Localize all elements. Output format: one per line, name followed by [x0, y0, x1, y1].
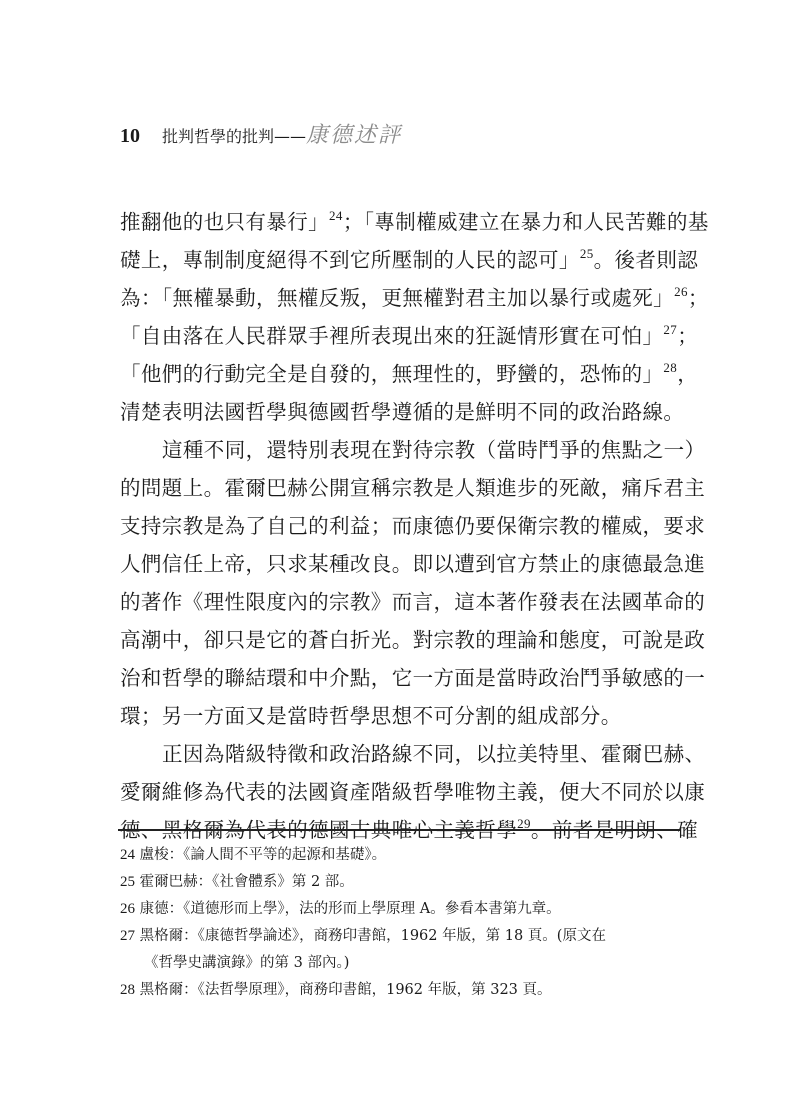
- paragraph-start: 正因為階級特徵和政治路線不同，以拉美特里、霍爾巴赫、: [120, 735, 682, 773]
- body-text: 推翻他的也只有暴行」24；「專制權威建立在暴力和人民苦難的基 礎上，專制制度絕得…: [120, 203, 682, 849]
- footnote-27-continued: 《哲學史講演錄》的第 3 部內。): [120, 950, 682, 977]
- footnote-27: 27 黑格爾：《康德哲學論述》，商務印書館，1962 年版，第 18 頁。(原文…: [120, 923, 682, 950]
- text-line: 人們信任上帝，只求某種改良。即以遭到官方禁止的康德最急進: [120, 545, 682, 583]
- text-line: 環；另一方面又是當時哲學思想不可分割的組成部分。: [120, 697, 682, 735]
- footnote-ref[interactable]: 25: [580, 246, 594, 261]
- text-line: 推翻他的也只有暴行」24；「專制權威建立在暴力和人民苦難的基: [120, 203, 682, 241]
- text-line: 「他們的行動完全是自發的，無理性的，野蠻的，恐怖的」28，: [120, 355, 682, 393]
- running-header: 10 批判哲學的批判—— 康德述評: [120, 118, 402, 148]
- footnote-26: 26 康德：《道德形而上學》，法的形而上學原理 A。參看本書第九章。: [120, 896, 682, 923]
- text-line: 愛爾維修為代表的法國資產階級哲學唯物主義，便大不同於以康: [120, 773, 682, 811]
- text-line: 支持宗教是為了自己的利益；而康德仍要保衛宗教的權威，要求: [120, 507, 682, 545]
- text-line: 的問題上。霍爾巴赫公開宣稱宗教是人類進步的死敵，痛斥君主: [120, 469, 682, 507]
- text-line: 清楚表明法國哲學與德國哲學遵循的是鮮明不同的政治路線。: [120, 393, 682, 431]
- footnote-ref[interactable]: 26: [674, 284, 688, 299]
- book-subtitle: 康德述評: [306, 118, 402, 149]
- text-line: 高潮中，卻只是它的蒼白折光。對宗教的理論和態度，可說是政: [120, 621, 682, 659]
- book-title: 批判哲學的批判——: [162, 124, 306, 147]
- text-line: 為：「無權暴動，無權反叛，更無權對君主加以暴行或處死」26；: [120, 279, 682, 317]
- page-number: 10: [120, 125, 140, 148]
- footnote-ref[interactable]: 27: [663, 322, 677, 337]
- footnote-divider: [118, 829, 680, 831]
- text-line: 礎上，專制制度絕得不到它所壓制的人民的認可」25。後者則認: [120, 241, 682, 279]
- text-line: 「自由落在人民群眾手裡所表現出來的狂誕情形實在可怕」27；: [120, 317, 682, 355]
- footnote-ref[interactable]: 28: [663, 360, 677, 375]
- footnote-28: 28 黑格爾：《法哲學原理》，商務印書館，1962 年版，第 323 頁。: [120, 977, 682, 1004]
- footnotes: 24 盧梭：《論人間不平等的起源和基礎》。 25 霍爾巴赫：《社會體系》第 2 …: [120, 842, 682, 1004]
- text-line: 的著作《理性限度內的宗教》而言，這本著作發表在法國革命的: [120, 583, 682, 621]
- footnote-25: 25 霍爾巴赫：《社會體系》第 2 部。: [120, 869, 682, 896]
- text-line: 治和哲學的聯結環和中介點，它一方面是當時政治鬥爭敏感的一: [120, 659, 682, 697]
- paragraph-start: 這種不同，還特別表現在對待宗教（當時鬥爭的焦點之一）: [120, 431, 682, 469]
- footnote-24: 24 盧梭：《論人間不平等的起源和基礎》。: [120, 842, 682, 869]
- footnote-ref[interactable]: 24: [329, 208, 343, 223]
